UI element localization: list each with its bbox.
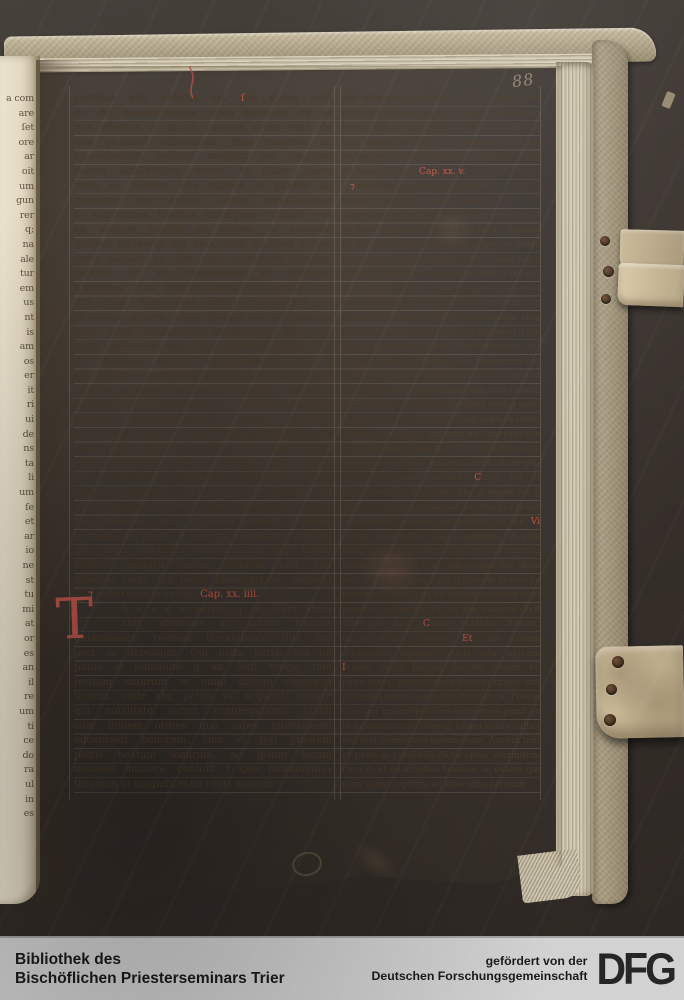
manuscript-line: necessitatum potestatem. Ibi ordinem a d… [342,326,540,341]
manuscript-line: post se dereliquit. Qui iuxta patris sui… [74,647,332,662]
manuscript-line: tionem. unde atq; patris sui sequenti co… [74,690,332,705]
manuscript-line: cem honorifice cum pace obtinuisset: in … [342,136,540,151]
cover-scuff-mark [661,91,675,109]
manuscript-line: et pene in credibile dictu opus: secundu… [342,749,540,764]
facing-page-line-fragment: il [0,676,34,691]
manuscript-line: tanto fam numero in hoc loco uestra eran… [74,442,332,457]
manuscript-line: de suo maneret uillas ac pba nouissima e… [342,355,540,370]
manuscript-line: num semp reptum. ac sine uitio primum [342,778,540,793]
manuscript-line: cum ibidem ordine que super intentionem [74,720,332,735]
manuscript-line: non nulli filios suos beato magisterium … [74,296,332,311]
facing-page-line-fragment: mi [0,603,34,618]
nail-head [601,294,611,304]
facing-page-line-fragment: oit [0,165,34,180]
nail-head [612,656,624,668]
nail-head [600,236,610,246]
facing-page-line-fragment: at [0,617,34,632]
manuscript-line: festere migrarit. anno eiusdem uita qua [74,559,332,574]
manuscript-line: tans: ac uerbum uite publice et puatim a… [74,180,332,195]
manuscript-line: in nobiliore posita e celebri nobilissim… [74,530,332,545]
nail-head [604,714,616,726]
facing-page-edge: a comareſetorearoitumgunrerq;naaleturemu… [0,56,40,904]
manuscript-line: uie in possessionem monasterii eius grau… [342,384,540,399]
facing-page-line-fragment: are [0,107,34,122]
manuscript-digitization-photo: a comareſetorearoitumgunrerq;naaleturemu… [0,0,684,1000]
manuscript-line: uenerat annuisset: inquirere cepit a bei… [342,267,540,282]
manuscript-line: patris beatum maurum. ac ipsum locum [74,749,332,764]
manuscript-line: que illius religionis obseruantiam sep b… [74,544,332,559]
facing-page-line-fragment: nt [0,311,34,326]
facing-page-line-fragment: tu [0,588,34,603]
manuscript-line: uissimo uasculo: qs ad sellam pendere co… [342,588,540,603]
ring-stain [290,849,324,879]
right-text-column: erit tribuaria auctoritate uillas suas: … [342,92,540,793]
facing-page-line-fragment: gun [0,194,34,209]
nail-head [606,684,617,695]
manuscript-line: cepunt. ac se monuissent se striarum [74,267,332,282]
facing-page-line-fragment: ui [0,413,34,428]
facing-page-line-fragment: ar [0,530,34,545]
manuscript-line: eius colloquium uisitare. Cunq; uir di [342,471,540,486]
facing-page-line-fragment: re [0,690,34,705]
facing-page-line-fragment: es [0,807,34,822]
manuscript-line: ex fratribus q necessitantibus aueum tra… [342,238,540,253]
footer-bar: Bibliothek des Bischöflichen Priestersem… [0,936,684,1000]
manuscript-line: parastissimum uasculum beientboa. Porem [342,690,540,705]
manuscript-line: mos decantare: murmur illi ansegarium ar… [342,442,540,457]
manuscript-line: diaconum ecclesie andegauensis: stare ps… [342,457,540,472]
parchment-page: 88 T portatus atq; oblatus est. ſup quem… [38,66,562,902]
manuscript-line: quio ut uenerat potuisset: uir dni scs m… [342,501,540,516]
facing-page-line-fragment: st [0,574,34,589]
facing-page-line-fragment: do [0,749,34,764]
facing-page-line-fragment: ns [0,442,34,457]
folio-number: 88 [511,68,549,91]
facing-page-line-fragment: am [0,340,34,355]
rubric-text: Vi [531,516,540,527]
dfg-logo: DFG [596,947,674,991]
facing-page-line-fragment: io [0,544,34,559]
margin-rule [334,86,335,800]
manuscript-line: nus effectus e: ac si unquam meini mali … [74,121,332,136]
manuscript-line: h e o d e bertus q rex cum annis [74,603,332,618]
facing-page-line-fragment: in [0,793,34,808]
manuscript-line: qui nobilitate locum congregationis humi… [74,705,332,720]
facing-page-line-fragment: um [0,180,34,195]
clasp-strap-upper-piece2 [617,263,684,308]
library-name: Bibliothek des Bischöflichen Priestersem… [15,950,285,988]
manuscript-line: ent uini ministrare assumeram. Aurum tri… [342,734,540,749]
manuscript-line: mauri: frequent eum adse euo [342,194,540,209]
margin-rule [340,86,341,800]
facing-page-line-fragment: ne [0,559,34,574]
rubric-text: Cap. xx. v. [419,166,465,177]
facing-page-line-fragment: q; [0,223,34,238]
manuscript-line: erit sustolerant. Qm amplior est nume [74,457,332,472]
manuscript-line: uir dei benedictionem suam dedisset: ita… [74,107,332,122]
rubric-text: C [423,618,430,629]
manuscript-line: neretur: saluandum e uir dni maurus dixi… [342,603,540,618]
manuscript-line: gubernasset: regnum theodebaldo filio su… [74,632,332,647]
manuscript-line: affer ad huc. Cunq; ablatum fuisset: [342,617,540,632]
ornate-initial-T: T [55,591,94,648]
manuscript-line: rum una uocabat uilla fabrensis: altera … [342,107,540,122]
book-board-right-edge [592,40,628,904]
facing-page-line-fragment: ri [0,398,34,413]
facing-page-line-fragment: ſet [0,121,34,136]
manuscript-line: ut ingrederet iussisset: ille p quam ea … [342,486,540,501]
manuscript-line: non e ingressus: retro gradiens gratia s… [342,398,540,413]
manuscript-line: cepimus insinuationem. Primi temporib; c… [342,340,540,355]
margin-rule [69,86,70,800]
manuscript-line: gerendo: et dispositione circumiret: quo… [342,369,540,384]
manuscript-line: struendos offerre. Unde factum est ut ui… [74,311,332,326]
manuscript-line: duobus monachis: qui cum eo uenerant psa… [342,428,540,443]
facing-page-line-fragment: us [0,296,34,311]
facing-page-line-fragment: um [0,486,34,501]
manuscript-line: ut q; etiam deserto. Et cum coram [342,632,540,647]
manuscript-line: beatum maurum in omni dilecto congrega [74,676,332,691]
manuscript-line: sit monarchiam. Cap. xx. v. [342,165,540,180]
manuscript-line: pane quoq: gratulissime lignum crucis or… [342,676,540,691]
facing-page-line-fragment: ti [0,720,34,735]
manuscript-line: q; cum aliquando beatus maurus duobus [342,223,540,238]
manuscript-line: cans: eius sapientissimis intelur consil… [342,209,540,224]
library-name-line1: Bibliothek des [15,950,285,969]
facing-page-line-fragment: es [0,647,34,662]
facing-page-line-fragment: na [0,238,34,253]
manuscript-line: Iamen cuius fuisset. Verum coram eo [342,661,540,676]
facing-page-line-fragment: ul [0,778,34,793]
facing-page-line-fragment: de [0,428,34,443]
text-block: T portatus atq; oblatus est. ſup quem cu… [74,92,540,798]
manuscript-line: uolsa. Set in cum paruo tempe regni api [342,121,540,136]
facing-page-line-fragment: et [0,515,34,530]
manuscript-line: dotii locum pecus. Huius cum scelere ere… [342,413,540,428]
manuscript-line: qui a uel qui sibi iam uite delegare era… [74,428,332,443]
manuscript-line: ad totum congregationis p fuit atq; stat… [74,369,332,384]
rubric-text: Et [462,633,472,644]
facing-page-line-fragment: rer [0,209,34,224]
manuscript-line: ab manibus scripto euangelistarum iiii. … [74,355,332,370]
facing-page-line-fragment: is [0,326,34,341]
manuscript-line: simplicium uocans monachum ait illi. Vi [342,515,540,530]
funding-credit-line2: Deutschen Forschungsgemeinschaft [372,969,588,984]
manuscript-line: puum si minimum q ad uixit tempe tum [74,661,332,676]
manuscript-line: quidem aduentus sui anno cum eiusdem loc… [74,238,332,253]
manuscript-line: ⁊ clotharius audita fama beati [342,180,540,195]
manuscript-line: rus occasionem pstigiendis necessitant u… [74,471,332,486]
facing-page-line-fragment: er [0,369,34,384]
facing-page-line-fragment: ale [0,253,34,268]
manuscript-line: ad meliora cotidie ex labore. At secundo [74,223,332,238]
manuscript-line: ipsa ptulisset inibitutione. Inde reuers… [74,136,332,151]
facing-page-line-fragment: it [0,384,34,399]
manuscript-line: numerum uel excedere si minuere unquam [74,398,332,413]
manuscript-line: thronum ut magnificentia regia dignum [74,778,332,793]
manuscript-line: epulis debemus. Cui cum simpliciter dixi… [342,559,540,574]
facing-page-line-fragment: ſe [0,501,34,516]
manuscript-line: implius congregationem uenire debuisset [74,413,332,428]
facing-page-line-fragment: an [0,661,34,676]
facing-page-line-fragment: or [0,632,34,647]
facing-page-line-fragment: ta [0,457,34,472]
manuscript-line: ferio anno fundationis cenobii ex filios… [74,326,332,341]
library-name-line2: Bischöflichen Priesterseminars Trier [15,969,285,988]
rubric-text: Cap. xx. iiii. [200,589,259,600]
funding-credit-line1: gefördert von der [372,954,588,969]
manuscript-line: in laboraturis ac pere q; totam nobis su… [342,720,540,735]
manuscript-line: anno nobiles ac uiri sunt conuenere uniu… [74,253,332,268]
manuscript-line: xvi. mensibus tres. acceperit eordem ses… [74,515,332,530]
nail-head [603,266,614,277]
facing-page-line-fragment: os [0,355,34,370]
manuscript-line: trapentes eius celebrationem ac petere s… [74,282,332,297]
smudge-stain [348,835,405,888]
manuscript-line: ueuisset inuisere. contulit ⁊ ipse nichi… [74,763,332,778]
manuscript-line: de digressus sum. cum postquam annis [74,501,332,516]
manuscript-line: nuntians: atq; antiqui hostis uersutissi… [74,194,332,209]
manuscript-line: monium sacro sca fuerit obseruatione: se… [74,574,332,589]
facing-page-line-fragment: ce [0,734,34,749]
manuscript-line: & multiplices insidias detergens: pficer… [74,209,332,224]
facing-page-line-fragment: li [0,471,34,486]
manuscript-line: ra puerum morte. clothario pncipatus diu… [342,150,540,165]
manuscript-line: erit tribuaria auctoritate uillas suas: … [342,92,540,107]
facing-page-text-fragments: a comareſetorearoitumgunrerq;naaleturemu… [0,56,40,822]
manuscript-line: cum xl. et eo amplius hominis ac essem q… [342,763,540,778]
manuscript-line: portatus atq; oblatus est. ſup quem cum [74,92,332,107]
facing-page-line-fragment: ra [0,763,34,778]
manuscript-line: cite: quibus ordine qualia regeret deces… [342,282,540,297]
manuscript-line: a hunc cum nobis psua reuerentia. et ast… [342,530,540,545]
manuscript-line: misisset: accepta beingnissime omnia p q… [342,253,540,268]
manuscript-line: xiiii. strenuus ac nobilit francos [74,617,332,632]
facing-page-line-fragment: a com [0,92,34,107]
manuscript-line: ebs: qui insam ipso uno uulnerous punit … [342,705,540,720]
left-text-column: T portatus atq; oblatus est. ſup quem cu… [74,92,332,793]
manuscript-line: bitur familiaris effectus e: poculo cari… [342,544,540,559]
manuscript-line: aduenisset honorem. cum et ipsi pmorem [74,734,332,749]
facing-page-line-fragment: ar [0,150,34,165]
manuscript-line: secum habitantium mores et uitam pscru [74,165,332,180]
manuscript-line: attulissent lignum crucis ora apicem [342,647,540,662]
manuscript-line: set: se nobis quieq cum si tantum in uno… [342,574,540,589]
manuscript-line: conuersatione loco: psertim indep cum ⁊ … [342,296,540,311]
manuscript-line: phorum illis iam regni q diuturnarum obl… [342,311,540,326]
manuscript-line: tum e: ut nemo de inceps censeret: qui h… [74,384,332,399]
facing-page-line-fragment: em [0,282,34,297]
margin-rule [540,86,541,800]
facing-page-line-fragment: ore [0,136,34,151]
funding-credit: gefördert von der Deutschen Forschungsge… [372,954,588,984]
manuscript-line: extra adiuncta est. Qui numerus tunc abs [74,340,332,355]
manuscript-line: ⁊ lectio demonstrabit. Cap. xx. iiii. [74,588,332,603]
facing-page-line-fragment: tur [0,267,34,282]
manuscript-line: inferre potuisset. Sic ut ad p redeam in [74,486,332,501]
facing-page-line-fragment: um [0,705,34,720]
manuscript-line: monasterium: sollicite magistri sui sing… [74,150,332,165]
